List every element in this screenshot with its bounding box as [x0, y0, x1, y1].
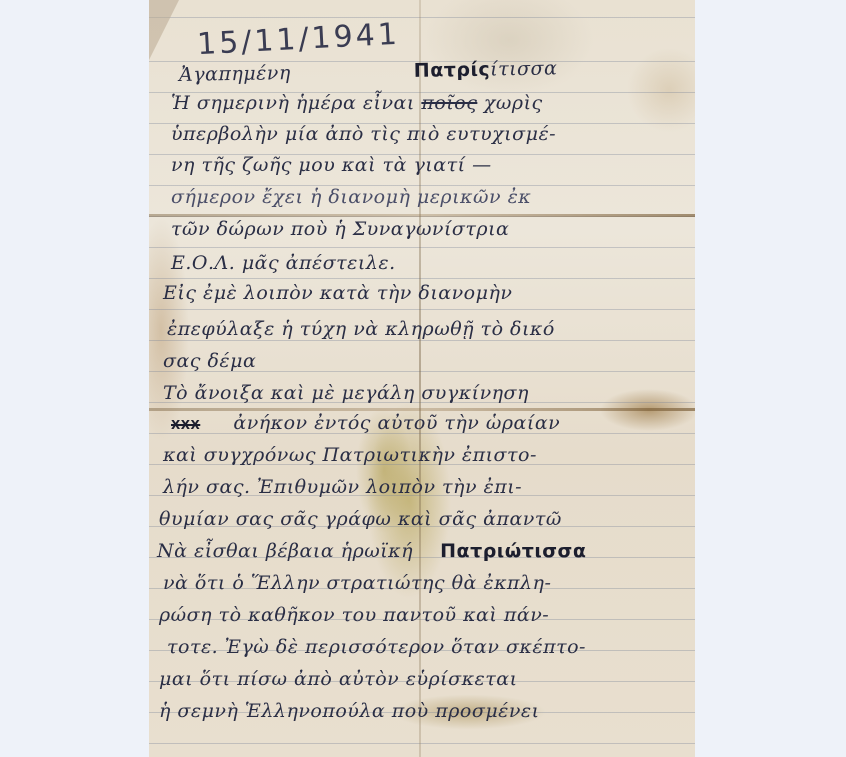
letter-line: ἐπεφύλαξε ἡ τύχη νὰ κληρωθῇ τὸ δικό	[167, 318, 555, 340]
letter-line: μαι ὅτι πίσω ἀπὸ αὐτὸν εὑρίσκεται	[159, 668, 518, 690]
horizontal-fold	[149, 214, 695, 217]
salutation: Ἀγαπημένη	[179, 62, 291, 86]
document-viewer: 15/11/1941 Ἀγαπημένη Πατρίςίτισσα Ἡ σημε…	[0, 0, 846, 757]
letter-line: λήν σας. Ἐπιθυμῶν λοιπὸν τὴν ἐπι-	[163, 476, 522, 498]
struck-word: ποῖος	[421, 92, 477, 114]
letter-line: Εἰς ἐμὲ λοιπὸν κατὰ τὴν διανομὴν	[163, 282, 512, 304]
overwritten-word: Πατρίς	[414, 59, 491, 82]
letter-line: καὶ συγχρόνως Πατριωτικὴν ἐπιστο-	[163, 444, 537, 466]
letter-paper: 15/11/1941 Ἀγαπημένη Πατρίςίτισσα Ἡ σημε…	[149, 0, 695, 757]
letter-line: σας δέμα	[163, 350, 256, 372]
letter-line: Ἡ σημερινὴ ἡμέρα εἶναι ποῖος χωρὶς	[171, 92, 543, 114]
salutation-line: Ἀγαπημένη Πατρίςίτισσα	[179, 57, 558, 86]
letter-line: νὰ ὅτι ὁ Ἕλλην στρατιώτης θὰ ἐκπλη-	[163, 572, 551, 594]
letter-line: ρώση τὸ καθῆκον του παντοῦ καὶ πάν-	[159, 604, 549, 626]
letter-line: ἡ σεμνὴ Ἑλληνοπούλα ποὺ προσμένει	[159, 700, 540, 722]
letter-line: θυμίαν σας σᾶς γράφω καὶ σᾶς ἀπαντῶ	[159, 508, 562, 530]
letter-line: Νὰ εἶσθαι βέβαια ἡρωϊκή Πατριώτισσα	[157, 540, 586, 562]
torn-corner	[149, 0, 179, 60]
letter-line: Ε.Ο.Λ. μᾶς ἀπέστειλε.	[171, 252, 396, 274]
letter-line: τοτε. Ἐγὼ δὲ περισσότερον ὅταν σκέπτο-	[167, 636, 586, 658]
letter-date: 15/11/1941	[196, 17, 400, 63]
letter-line: Τὸ ἄνοιξα καὶ μὲ μεγάλη συγκίνηση	[163, 382, 529, 404]
letter-line: ὑπερβολὴν μία ἀπὸ τὶς πιὸ ευτυχισμέ-	[171, 123, 556, 145]
letter-line: νη τῆς ζωῆς μου καὶ τὰ γιατί —	[171, 154, 492, 176]
letter-line-faded: σήμερον ἔχει ἡ διανομὴ μερικῶν ἐκ	[171, 186, 531, 208]
letter-line: τῶν δώρων ποὺ ἡ Συναγωνίστρια	[171, 218, 509, 240]
scribbled-out-word: ⅩⅩⅩ	[171, 418, 200, 432]
overwritten-word: Πατριώτισσα	[440, 540, 586, 562]
horizontal-fold-stained	[149, 408, 695, 411]
letter-line: ⅩⅩⅩ ἀνήκον ἐντός αὐτοῦ τὴν ὡραίαν	[171, 412, 560, 434]
